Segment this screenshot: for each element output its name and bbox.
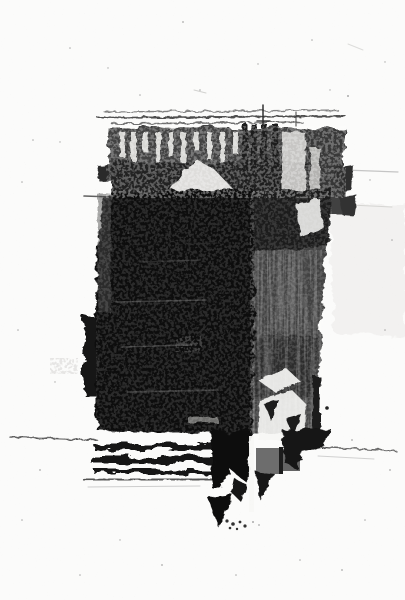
paper-speckle-30	[252, 521, 254, 523]
paper-speckle-16	[79, 574, 81, 576]
paper-speckle-29	[139, 94, 141, 96]
paper-speckle-7	[384, 61, 385, 62]
artwork-svg	[0, 0, 405, 600]
paper-speckle-20	[299, 559, 301, 561]
paper-speckle-25	[369, 179, 370, 180]
paper-speckle-5	[311, 39, 313, 41]
paper-speckle-28	[329, 89, 330, 90]
paper-speckle-9	[59, 141, 60, 142]
paper-speckle-24	[384, 329, 386, 331]
paper-speckle-3	[199, 89, 201, 91]
ink-speck-3	[243, 524, 246, 527]
paper-speckle-17	[119, 539, 120, 540]
paper-speckle-27	[351, 439, 353, 441]
paper-speckle-15	[21, 519, 23, 521]
artwork-frame	[0, 0, 405, 600]
ink-speck-5	[236, 528, 238, 530]
paper-speckle-6	[347, 95, 349, 97]
paper-speckle-0	[69, 47, 71, 49]
paper-speckle-22	[364, 519, 366, 521]
paper-speckle-26	[391, 239, 393, 241]
paper-speckle-1	[107, 67, 108, 68]
artwork-layers	[0, 0, 405, 600]
ink-speck-0	[225, 519, 228, 522]
paper-grain	[0, 0, 405, 600]
paper-speckle-18	[161, 564, 163, 566]
paper-speckle-2	[182, 21, 184, 23]
ink-speck-4	[229, 527, 232, 530]
paper-speckle-21	[341, 569, 343, 571]
paper-speckle-12	[17, 329, 19, 331]
paper-speckle-8	[32, 139, 34, 141]
paper-speckle-13	[54, 381, 55, 382]
paper-speckle-10	[21, 181, 23, 183]
ink-speck-1	[231, 522, 235, 526]
paper-speckle-31	[258, 524, 260, 526]
paper-speckle-11	[127, 232, 129, 234]
paper-speckle-19	[235, 574, 237, 576]
paper-speckle-14	[39, 469, 41, 471]
paper-speckle-23	[389, 469, 391, 471]
ink-speck-2	[239, 521, 242, 524]
paper-speckle-4	[257, 63, 258, 64]
